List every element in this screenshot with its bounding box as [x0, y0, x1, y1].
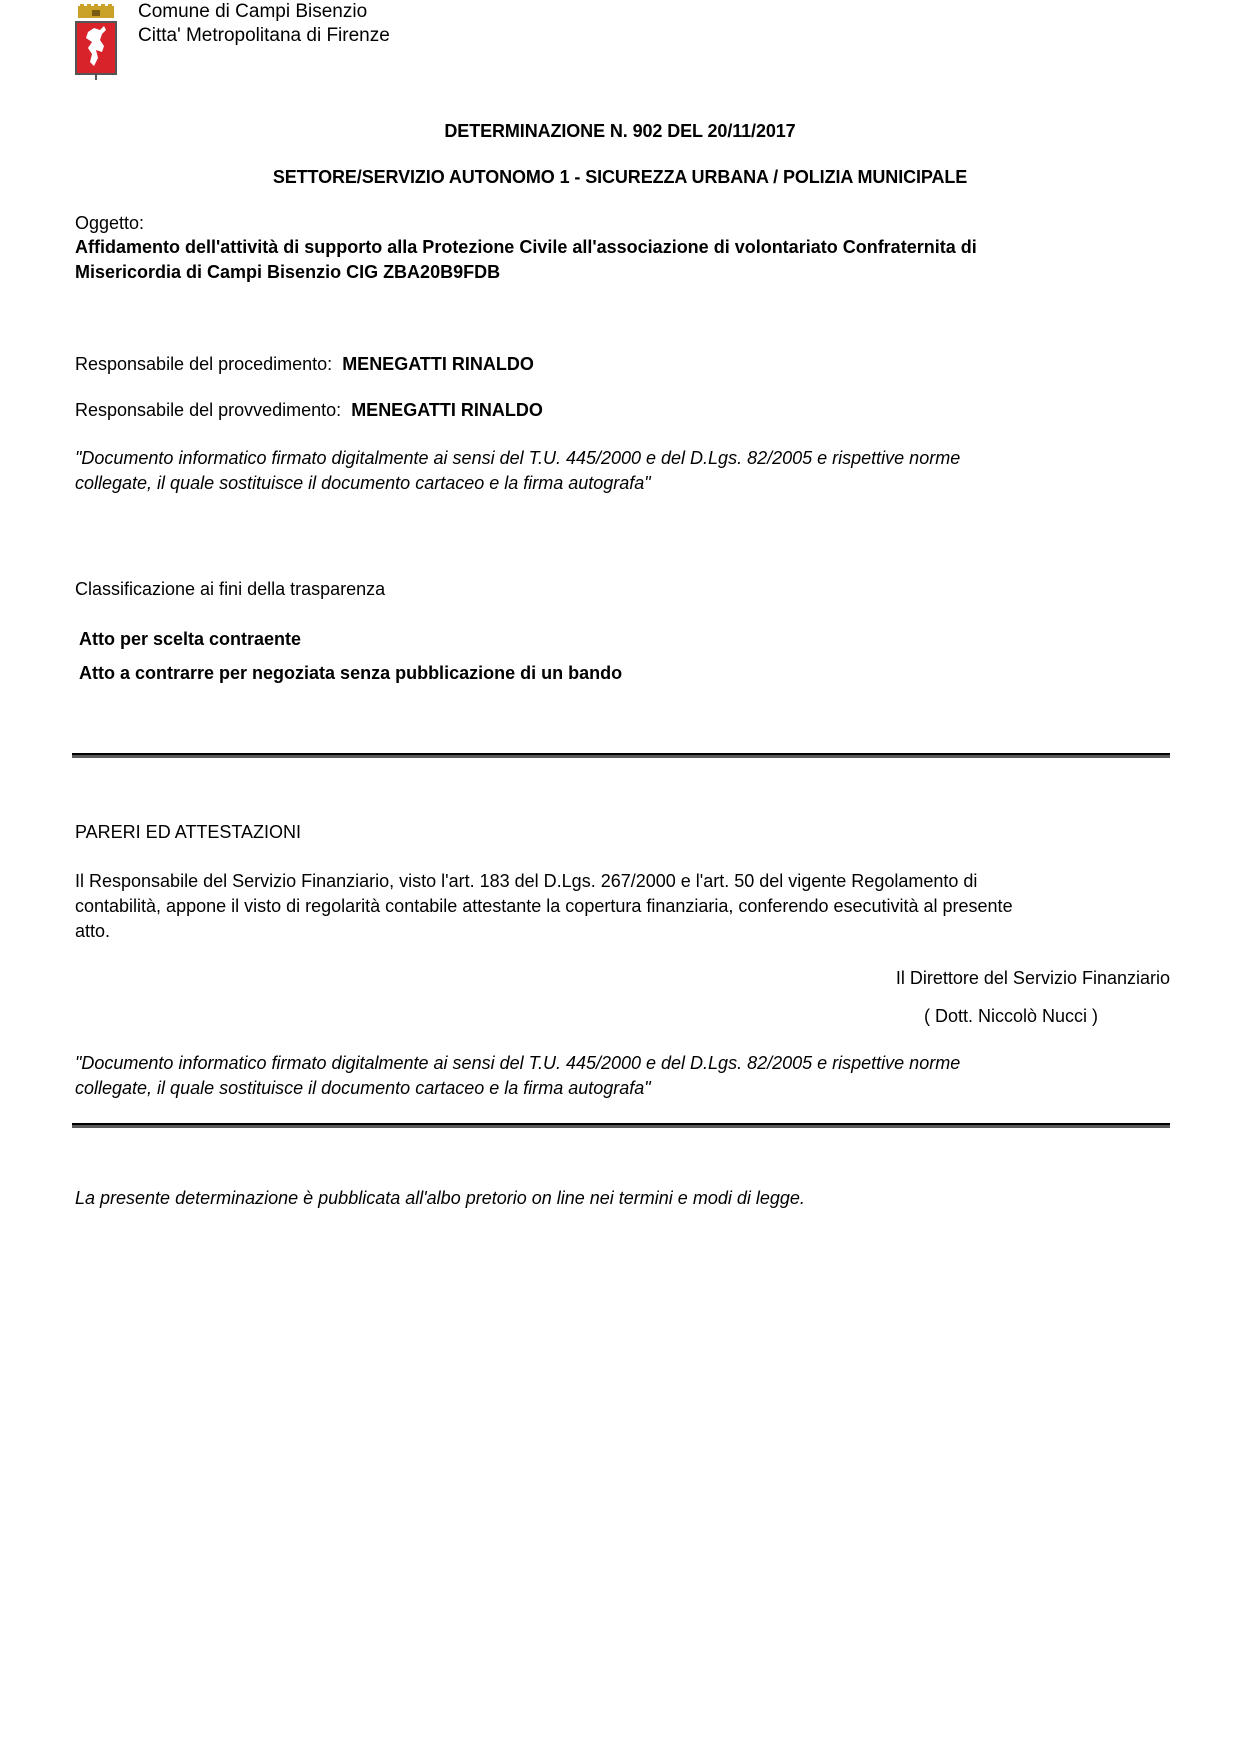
subject-line: Affidamento dell'attività di supporto al… — [75, 235, 977, 260]
signer-title: Il Direttore del Servizio Finanziario — [896, 966, 1170, 990]
responsabile-procedimento: Responsabile del procedimento: MENEGATTI… — [75, 352, 534, 377]
responsabile-provvedimento-value: MENEGATTI RINALDO — [351, 400, 543, 420]
digital-signature-note: "Documento informatico firmato digitalme… — [75, 446, 960, 471]
pareri-body-line: contabilità, appone il visto di regolari… — [75, 894, 1013, 919]
digital-signature-note: "Documento informatico firmato digitalme… — [75, 1051, 960, 1076]
section-divider — [72, 753, 1170, 758]
pareri-body-line: Il Responsabile del Servizio Finanziario… — [75, 869, 977, 894]
classification-label: Classificazione ai fini della trasparenz… — [75, 577, 385, 602]
digital-signature-note: collegate, il quale sostituisce il docum… — [75, 1076, 651, 1101]
metropolitan-city-name: Citta' Metropolitana di Firenze — [138, 24, 390, 48]
coat-of-arms-icon — [74, 4, 118, 80]
municipality-name: Comune di Campi Bisenzio — [138, 0, 367, 24]
responsabile-procedimento-value: MENEGATTI RINALDO — [342, 354, 534, 374]
signer-name: ( Dott. Niccolò Nucci ) — [924, 1004, 1098, 1028]
publication-note: La presente determinazione è pubblicata … — [75, 1186, 805, 1211]
digital-signature-note: collegate, il quale sostituisce il docum… — [75, 471, 651, 496]
responsabile-procedimento-label: Responsabile del procedimento: — [75, 354, 332, 374]
pareri-body-line: atto. — [75, 919, 110, 944]
subject-line: Misericordia di Campi Bisenzio CIG ZBA20… — [75, 260, 500, 285]
responsabile-provvedimento: Responsabile del provvedimento: MENEGATT… — [75, 398, 543, 423]
classification-item: Atto per scelta contraente — [79, 627, 301, 652]
responsabile-provvedimento-label: Responsabile del provvedimento: — [75, 400, 341, 420]
section-divider — [72, 1123, 1170, 1128]
sector-heading: SETTORE/SERVIZIO AUTONOMO 1 - SICUREZZA … — [0, 165, 1240, 189]
classification-item: Atto a contrarre per negoziata senza pub… — [79, 661, 622, 686]
document-title: DETERMINAZIONE N. 902 DEL 20/11/2017 — [0, 119, 1240, 143]
subject-label: Oggetto: — [75, 211, 144, 236]
pareri-heading: PARERI ED ATTESTAZIONI — [75, 820, 301, 845]
